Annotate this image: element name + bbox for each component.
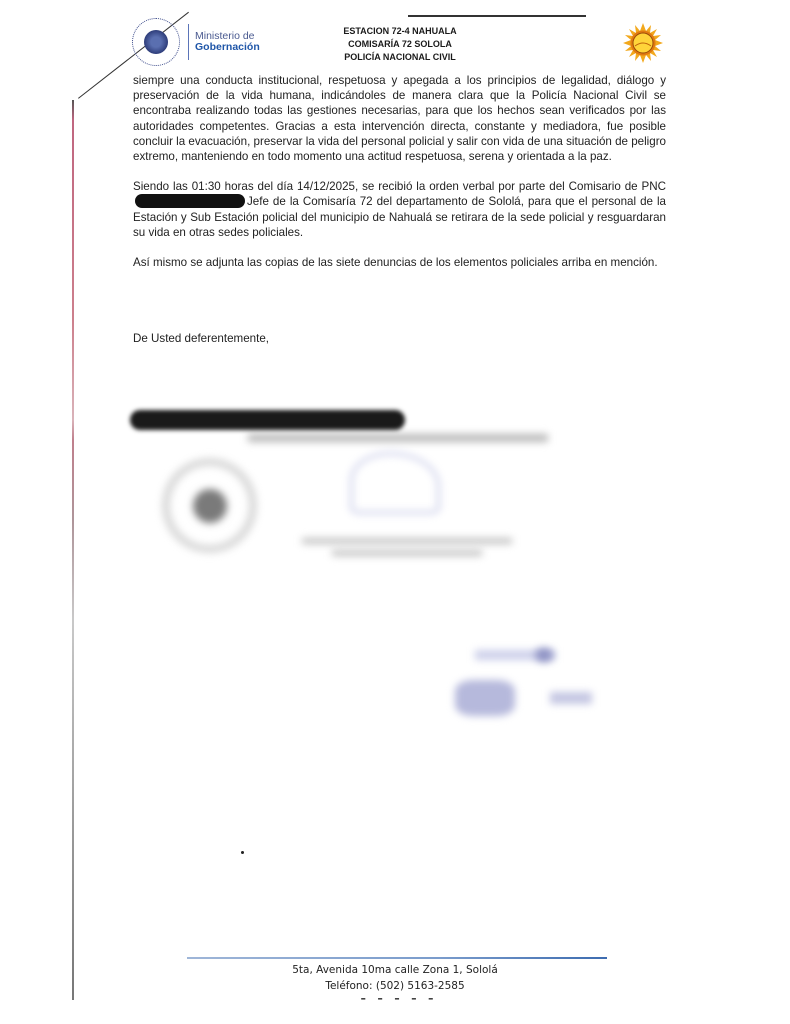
official-stamp-icon <box>162 458 257 553</box>
station-line: COMISARÍA 72 SOLOLA <box>320 38 480 51</box>
document-page: Ministerio de Gobernación ESTACION 72-4 … <box>0 0 790 1024</box>
blurred-signer-unit <box>332 550 482 556</box>
blurred-ink-mark <box>455 680 515 716</box>
footer-rule <box>187 957 607 959</box>
logo-divider <box>188 24 189 60</box>
redacted-signer-name <box>130 410 405 430</box>
closing-salutation: De Usted deferentemente, <box>133 332 269 345</box>
letter-footer: 5ta, Avenida 10ma calle Zona 1, Sololá T… <box>0 962 790 1004</box>
paragraph-order-part1: Siendo las 01:30 horas del día 14/12/202… <box>133 180 666 193</box>
redacted-name <box>135 194 245 208</box>
ministry-name-line2: Gobernación <box>195 42 260 53</box>
footer-address: 5ta, Avenida 10ma calle Zona 1, Sololá <box>0 962 790 978</box>
quetzal-emblem-icon <box>144 30 168 54</box>
blurred-signer-title <box>248 434 548 442</box>
letter-body: siempre una conducta institucional, resp… <box>133 73 666 285</box>
paragraph-evacuation: siempre una conducta institucional, resp… <box>133 73 666 164</box>
ministry-logo: Ministerio de Gobernación <box>132 18 260 66</box>
letterhead: Ministerio de Gobernación ESTACION 72-4 … <box>0 0 790 75</box>
scan-speck <box>241 851 244 854</box>
blurred-signer-role <box>302 538 512 544</box>
guatemala-coat-of-arms-icon <box>132 18 180 66</box>
station-line: POLICÍA NACIONAL CIVIL <box>320 51 480 64</box>
pnc-sun-emblem-icon <box>623 23 663 63</box>
footer-phone: Teléfono: (502) 5163-2585 <box>0 978 790 994</box>
paragraph-attachments: Así mismo se adjunta las copias de las s… <box>133 255 666 270</box>
station-line: ESTACION 72-4 NAHUALA <box>320 25 480 38</box>
scan-margin-line <box>72 100 74 1000</box>
paragraph-order: Siendo las 01:30 horas del día 14/12/202… <box>133 179 666 240</box>
footer-dashes: – – – – – <box>8 994 790 1004</box>
blurred-ink-mark <box>550 692 592 704</box>
signature-block <box>130 410 610 730</box>
blurred-ink-mark <box>535 648 553 662</box>
handwritten-signature <box>350 452 440 514</box>
station-heading: ESTACION 72-4 NAHUALA COMISARÍA 72 SOLOL… <box>320 25 480 64</box>
ministry-name: Ministerio de Gobernación <box>195 31 260 53</box>
